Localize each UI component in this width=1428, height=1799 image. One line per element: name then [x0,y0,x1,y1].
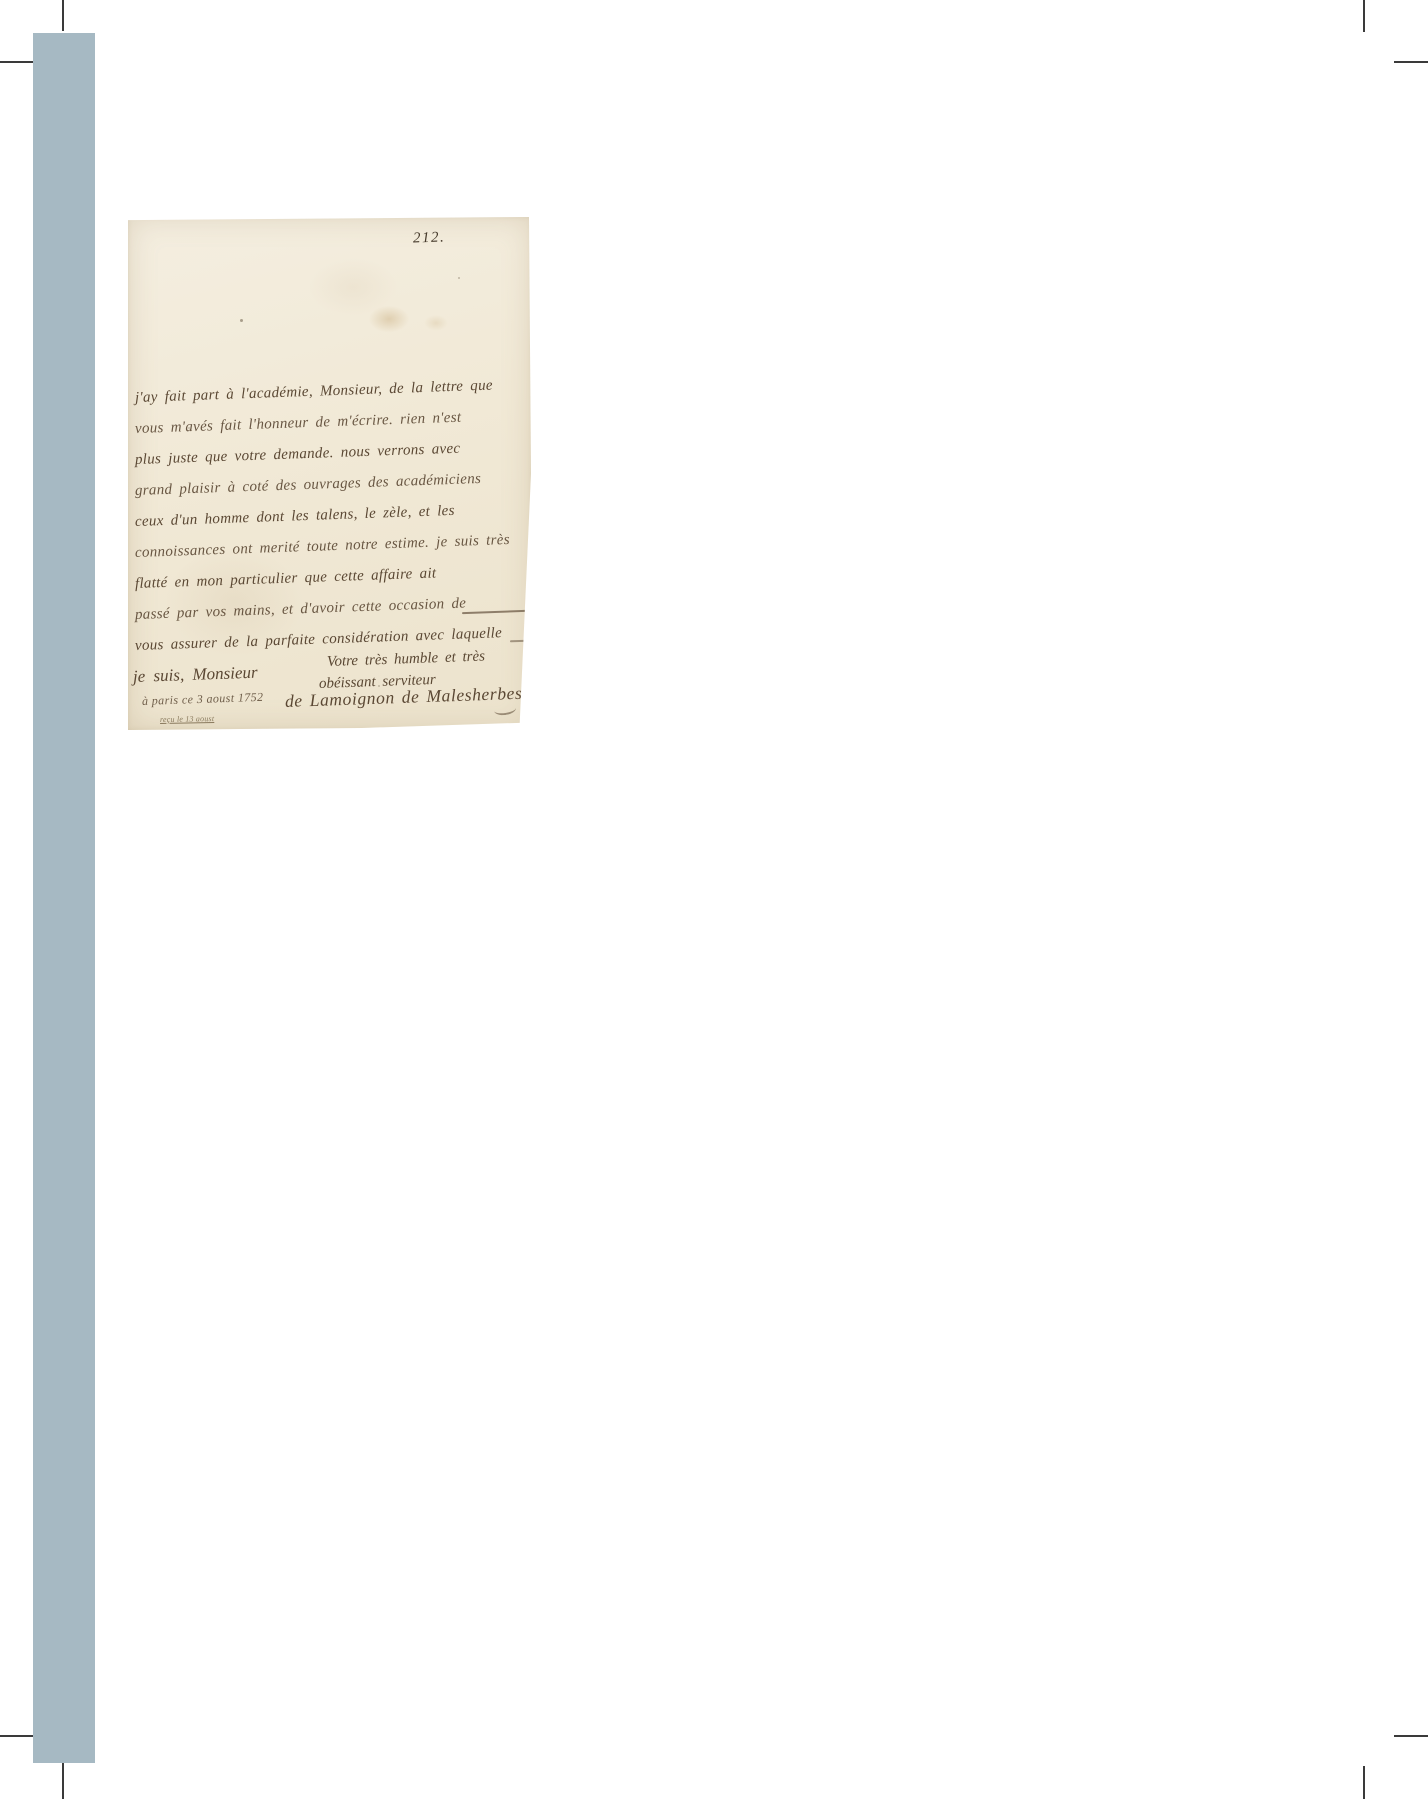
crop-mark-bottom-right-horizontal [1394,1735,1428,1737]
crop-mark-bottom-left-horizontal [0,1735,34,1737]
signature-flourish [493,703,516,717]
sidebar-bleed-bar [33,33,95,1763]
paper-speck [240,319,243,322]
book-page-proof: 212. j'ay fait part à l'académie, Monsie… [0,0,1428,1799]
archival-note: reçu le 13 aoust [160,714,214,724]
paper-stain [424,315,448,331]
crop-mark-top-left-horizontal [0,61,34,63]
pen-stroke-dash [510,640,528,643]
letter-body: j'ay fait part à l'académie, Monsieur, d… [135,383,531,662]
crop-mark-bottom-right-vertical [1363,1766,1365,1799]
crop-mark-bottom-left-vertical [62,1763,64,1799]
paper-speck [458,277,460,279]
paper-stain [308,257,398,317]
closing-salutation: je suis, Monsieur [133,663,258,687]
crop-mark-top-right-vertical [1363,0,1365,32]
crop-mark-top-right-horizontal [1394,61,1428,63]
manuscript-letter-scan: 212. j'ay fait part à l'académie, Monsie… [128,217,531,730]
crop-mark-top-left-vertical [62,0,64,31]
dateline: à paris ce 3 aoust 1752 [142,690,264,709]
folio-number: 212. [413,229,446,247]
